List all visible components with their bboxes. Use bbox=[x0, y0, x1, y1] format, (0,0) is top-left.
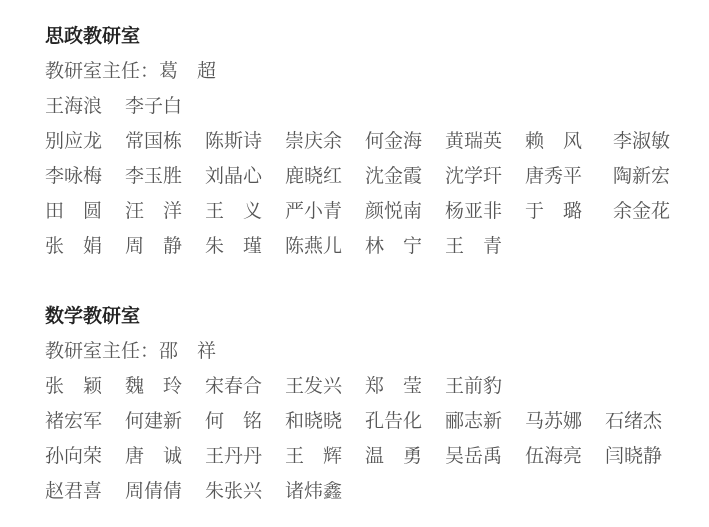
member-name: 王 义 bbox=[205, 194, 262, 229]
name-row: 李咏梅李玉胜刘晶心鹿晓红沈金霞沈学玕唐秀平陶新宏 bbox=[45, 159, 216, 194]
member-name: 周 静 bbox=[125, 229, 182, 264]
member-name: 何建新 bbox=[125, 404, 182, 439]
member-name: 伍海亮 bbox=[525, 439, 582, 474]
member-name: 颜悦南 bbox=[365, 194, 422, 229]
director-name: 邵 祥 bbox=[159, 340, 216, 362]
member-name: 唐 诚 bbox=[125, 439, 182, 474]
member-name: 张 娟 bbox=[45, 229, 102, 264]
member-name: 宋春合 bbox=[205, 369, 262, 404]
member-name: 赖 风 bbox=[525, 124, 582, 159]
member-name: 朱 瑾 bbox=[205, 229, 262, 264]
member-name: 魏 玲 bbox=[125, 369, 182, 404]
member-name: 朱张兴 bbox=[205, 474, 262, 509]
section-title: 数学教研室 bbox=[45, 299, 216, 334]
member-name: 于 璐 bbox=[525, 194, 582, 229]
director-line: 教研室主任：邵 祥 bbox=[45, 334, 216, 369]
member-name: 赵君喜 bbox=[45, 474, 102, 509]
member-name: 和晓晓 bbox=[285, 404, 342, 439]
member-name: 杨亚非 bbox=[445, 194, 502, 229]
name-row: 田 圆汪 洋王 义严小青颜悦南杨亚非于 璐余金花 bbox=[45, 194, 216, 229]
director-label: 教研室主任： bbox=[45, 340, 159, 362]
section-sizheng: 思政教研室 教研室主任：葛 超 王海浪李子白 别应龙常国栋陈斯诗崇庆余何金海黄瑞… bbox=[45, 19, 216, 264]
member-name: 常国栋 bbox=[125, 124, 182, 159]
member-name: 孙向荣 bbox=[45, 439, 102, 474]
director-label: 教研室主任： bbox=[45, 60, 159, 82]
director-name: 葛 超 bbox=[159, 60, 216, 82]
name-row: 别应龙常国栋陈斯诗崇庆余何金海黄瑞英赖 风李淑敏 bbox=[45, 124, 216, 159]
member-name: 郑 莹 bbox=[365, 369, 422, 404]
member-name: 王前豹 bbox=[445, 369, 502, 404]
member-name: 沈金霞 bbox=[365, 159, 422, 194]
member-name: 田 圆 bbox=[45, 194, 102, 229]
name-row: 张 娟周 静朱 瑾陈燕儿林 宁王 青 bbox=[45, 229, 216, 264]
member-name: 陶新宏 bbox=[613, 159, 670, 194]
member-name: 汪 洋 bbox=[125, 194, 182, 229]
member-name: 严小青 bbox=[285, 194, 342, 229]
member-name: 周倩倩 bbox=[125, 474, 182, 509]
name-row: 王海浪李子白 bbox=[45, 89, 216, 124]
member-name: 李玉胜 bbox=[125, 159, 182, 194]
member-name: 马苏娜 bbox=[525, 404, 582, 439]
member-name: 崇庆余 bbox=[285, 124, 342, 159]
member-name: 何 铭 bbox=[205, 404, 262, 439]
name-row: 孙向荣唐 诚王丹丹王 辉温 勇吴岳禹伍海亮闫晓静 bbox=[45, 439, 216, 474]
name-row: 张 颖魏 玲宋春合王发兴郑 莹王前豹 bbox=[45, 369, 216, 404]
member-name: 陈斯诗 bbox=[205, 124, 262, 159]
member-name: 吴岳禹 bbox=[445, 439, 502, 474]
member-name: 李咏梅 bbox=[45, 159, 102, 194]
name-row: 褚宏军何建新何 铭和晓晓孔告化郦志新马苏娜石绪杰 bbox=[45, 404, 216, 439]
member-name: 褚宏军 bbox=[45, 404, 102, 439]
member-name: 闫晓静 bbox=[605, 439, 662, 474]
member-name: 王丹丹 bbox=[205, 439, 262, 474]
member-name: 李子白 bbox=[125, 89, 182, 124]
name-row: 赵君喜周倩倩朱张兴诸炜鑫 bbox=[45, 474, 216, 509]
member-name: 石绪杰 bbox=[605, 404, 662, 439]
section-math: 数学教研室 教研室主任：邵 祥 张 颖魏 玲宋春合王发兴郑 莹王前豹 褚宏军何建… bbox=[45, 299, 216, 509]
member-name: 别应龙 bbox=[45, 124, 102, 159]
member-name: 张 颖 bbox=[45, 369, 102, 404]
member-name: 王海浪 bbox=[45, 89, 102, 124]
member-name: 李淑敏 bbox=[613, 124, 670, 159]
member-name: 王 青 bbox=[445, 229, 502, 264]
member-name: 温 勇 bbox=[365, 439, 422, 474]
member-name: 林 宁 bbox=[365, 229, 422, 264]
member-name: 郦志新 bbox=[445, 404, 502, 439]
member-name: 王 辉 bbox=[285, 439, 342, 474]
section-title: 思政教研室 bbox=[45, 19, 216, 54]
director-line: 教研室主任：葛 超 bbox=[45, 54, 216, 89]
member-name: 唐秀平 bbox=[525, 159, 582, 194]
member-name: 陈燕儿 bbox=[285, 229, 342, 264]
member-name: 沈学玕 bbox=[445, 159, 502, 194]
member-name: 刘晶心 bbox=[205, 159, 262, 194]
member-name: 王发兴 bbox=[285, 369, 342, 404]
member-name: 黄瑞英 bbox=[445, 124, 502, 159]
member-name: 鹿晓红 bbox=[285, 159, 342, 194]
member-name: 何金海 bbox=[365, 124, 422, 159]
member-name: 诸炜鑫 bbox=[285, 474, 342, 509]
member-name: 孔告化 bbox=[365, 404, 422, 439]
member-name: 余金花 bbox=[613, 194, 670, 229]
